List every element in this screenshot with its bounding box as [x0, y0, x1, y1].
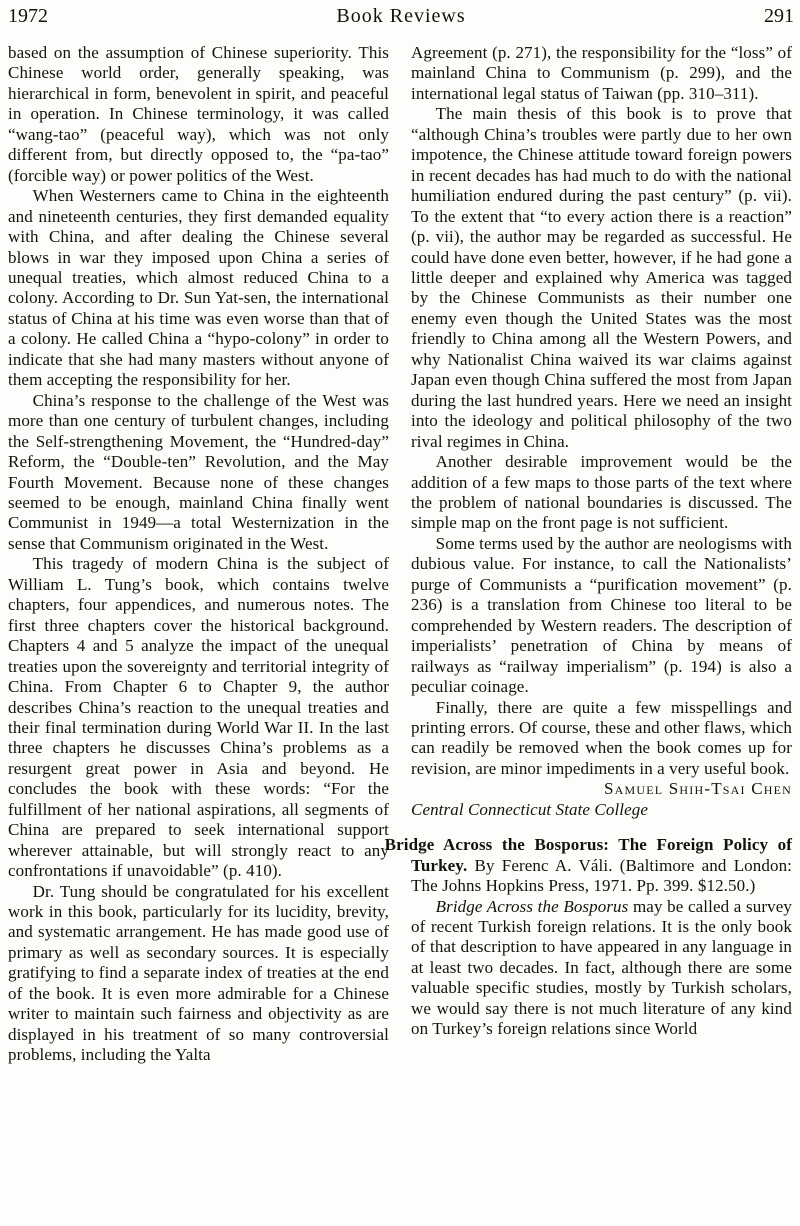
paragraph-text: may be called a survey of recent Turkish… — [411, 897, 792, 1039]
right-column: Agreement (p. 271), the responsibility f… — [411, 43, 792, 1226]
book-title-italic: Bridge Across the Bosporus — [436, 897, 629, 916]
reviewer-signature: Samuel Shih-Tsai Chen — [411, 779, 792, 799]
running-head: 1972 Book Reviews 291 — [0, 0, 800, 28]
paragraph: Bridge Across the Bosporus may be called… — [411, 897, 792, 1040]
book-citation: By Ferenc A. Váli. (Baltimore and London… — [411, 856, 792, 895]
reviewer-affiliation: Central Connecticut State College — [411, 800, 792, 820]
paragraph-continued: based on the assumption of Chinese super… — [8, 43, 389, 186]
book-review-page: 1972 Book Reviews 291 based on the assum… — [0, 0, 800, 1226]
page-number: 291 — [674, 4, 794, 28]
paragraph: Finally, there are quite a few misspelli… — [411, 698, 792, 780]
paragraph: Another desirable improvement would be t… — [411, 452, 792, 534]
paragraph: When Westerners came to China in the eig… — [8, 186, 389, 391]
paragraph: This tragedy of modern China is the subj… — [8, 554, 389, 881]
paragraph: Dr. Tung should be congratulated for his… — [8, 882, 389, 1066]
paragraph: Some terms used by the author are neolog… — [411, 534, 792, 698]
journal-year: 1972 — [8, 4, 128, 28]
two-column-text: based on the assumption of Chinese super… — [0, 43, 800, 1226]
paragraph: China’s response to the challenge of the… — [8, 391, 389, 555]
paragraph-continued: Agreement (p. 271), the responsibility f… — [411, 43, 792, 104]
paragraph: The main thesis of this book is to prove… — [411, 104, 792, 452]
page-title: Book Reviews — [128, 4, 674, 28]
left-column: based on the assumption of Chinese super… — [8, 43, 389, 1226]
next-review-heading: Bridge Across the Bosporus: The Foreign … — [411, 835, 792, 896]
